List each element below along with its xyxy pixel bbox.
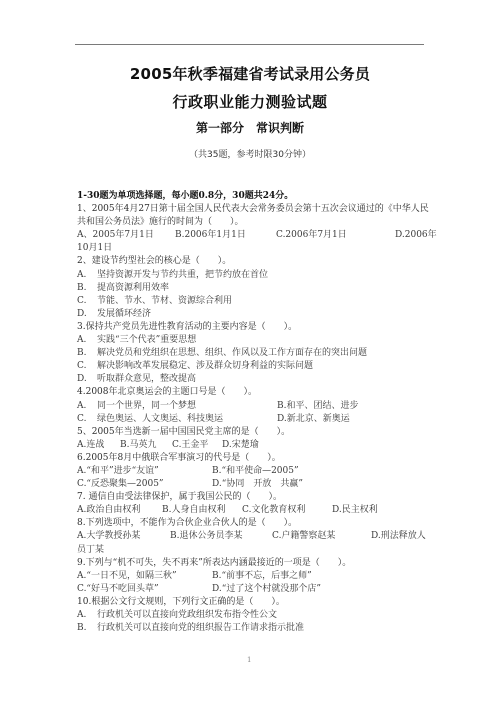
option-c: C.文化教育权利 [242, 504, 305, 517]
question-3-option-a: A.实践“三个代表”重要思想 [77, 334, 427, 347]
option-a: A.连战 [77, 439, 104, 452]
question-3-option-c: C.解决影响改革发展稳定、涉及群众切身利益的实际问题 [77, 360, 427, 373]
option-a: A、2005年7月1日 [77, 229, 154, 242]
document-page: 2005年秋季福建省考试录用公务员 行政职业能力测验试题 第一部分 常识判断 （… [0, 0, 500, 707]
question-6-options-row2: C.“反恐聚集—2005” D.“协同 开放 共赢” [77, 478, 427, 491]
exam-note: （共35题，参考时限30分钟） [0, 147, 500, 160]
question-4-options-row1: A.同一个世界，同一个梦想 B.和平、团结、进步 [77, 400, 427, 413]
question-9-options-row1: A.“一日不见，如隔三秋” B.“前事不忘，后事之师” [77, 570, 427, 583]
option-a: A.政治自由权利 [77, 504, 140, 517]
question-4-options-row2: C.绿色奥运、人文奥运、科技奥运 D.新北京、新奥运 [77, 413, 427, 426]
option-d: D.民主权利 [332, 504, 378, 517]
section-heading: 1-30题为单项选择题，每小题0.8分，30题共24分。 [77, 190, 427, 203]
question-10-option-a: A.行政机关可以直接向党政组织发布指令性公文 [77, 609, 427, 622]
option-c: C.2006年7月1日 [276, 229, 347, 242]
question-9-options-row2: C.“好马不吃回头草” D.“过了这个村就没那个店” [77, 583, 427, 596]
option-c: C.“好马不吃回头草” [77, 583, 159, 596]
question-3-option-d: D.听取群众意见，整改提高 [77, 373, 427, 386]
exam-title-line2: 行政职业能力测验试题 [0, 91, 500, 112]
option-c: C.“反恐聚集—2005” [77, 478, 164, 491]
question-2-option-b: B.提高资源利用效率 [77, 282, 427, 295]
question-2-option-c: C.节能、节水、节材、资源综合利用 [77, 295, 427, 308]
option-c: C.绿色奥运、人文奥运、科技奥运 [77, 413, 223, 426]
question-3-stem: 3.保持共产党员先进性教育活动的主要内容是（ ）。 [77, 321, 427, 334]
question-1-stem-line2: 共和国公务员法》施行的时间为（ ）。 [77, 216, 427, 229]
option-b: B.马英九 [120, 439, 156, 452]
question-2-stem: 2、建设节约型社会的核心是（ ）。 [77, 255, 427, 268]
question-7-stem: 7. 通信自由受法律保护，属于我国公民的（ ）。 [77, 491, 427, 504]
question-8-options: A.大学教授孙某 B.退休公务员李某 C.户籍警察赵某 D.刑法释放人 [77, 530, 427, 543]
option-b: B.“前事不忘，后事之师” [212, 570, 312, 583]
option-b: B.和平、团结、进步 [277, 400, 359, 413]
option-c: C.王金平 [172, 439, 208, 452]
option-b: B.人身自由权利 [162, 504, 225, 517]
header-rule [75, 44, 424, 45]
question-5-options: A.连战 B.马英九 C.王金平 D.宋楚瑜 [77, 439, 427, 452]
question-2-option-d: D.发展循环经济 [77, 308, 427, 321]
option-d: D.刑法释放人 [371, 530, 426, 543]
option-d: D.宋楚瑜 [222, 439, 259, 452]
page-number: 1 [247, 656, 251, 664]
question-5-stem: 5、2005年当选新一届中国国民党主席的是（ ）。 [77, 426, 427, 439]
option-b: B.“和平使命—2005” [212, 465, 299, 478]
question-1-options: A、2005年7月1日 B.2006年1月1日 C.2006年7月1日 D.20… [77, 229, 427, 242]
option-d: D.2006年 [395, 229, 437, 242]
question-8-stem: 8.下列选项中，不能作为合伙企业合伙人的是（ ）。 [77, 517, 427, 530]
question-10-option-b: B.行政机关可以直接向党的组织报告工作请求指示批准 [77, 622, 427, 635]
question-8-option-wrap: 员丁某 [77, 544, 427, 557]
option-b: B.退休公务员李某 [170, 530, 242, 543]
option-a: A.同一个世界，同一个梦想 [77, 400, 196, 413]
question-1-option-wrap: 10月1日 [77, 242, 427, 255]
option-a: A.大学教授孙某 [77, 530, 140, 543]
question-9-stem: 9.下列与“机不可失，失不再来”所表达内涵最接近的一项是（ ）。 [77, 557, 427, 570]
option-d: D.新北京、新奥运 [277, 413, 350, 426]
question-7-options: A.政治自由权利 B.人身自由权利 C.文化教育权利 D.民主权利 [77, 504, 427, 517]
question-body: 1-30题为单项选择题，每小题0.8分，30题共24分。 1、2005年4月27… [77, 190, 427, 635]
question-2-option-a: A.坚持资源开发与节约共重，把节约放在首位 [77, 269, 427, 282]
exam-title-line1: 2005年秋季福建省考试录用公务员 [0, 63, 500, 84]
option-a: A.“一日不见，如隔三秋” [77, 570, 177, 583]
option-d: D.“过了这个村就没那个店” [212, 583, 321, 596]
option-a: A.“和平”进步“友谊” [77, 465, 159, 478]
question-6-stem: 6.2005年8月中俄联合军事演习的代号是（ ）。 [77, 452, 427, 465]
question-6-options-row1: A.“和平”进步“友谊” B.“和平使命—2005” [77, 465, 427, 478]
question-3-option-b: B.解决党员和党组织在思想、组织、作风以及工作方面存在的突出问题 [77, 347, 427, 360]
question-10-stem: 10.根据公文行文规则，下列行文正确的是（ ）。 [77, 596, 427, 609]
option-b: B.2006年1月1日 [175, 229, 246, 242]
option-d: D.“协同 开放 共赢” [212, 478, 303, 491]
question-1-stem-line1: 1、2005年4月27日第十届全国人民代表大会常务委员会第十五次会议通过的《中华… [77, 203, 427, 216]
option-c: C.户籍警察赵某 [272, 530, 335, 543]
question-4-stem: 4.2008年北京奥运会的主题口号是（ ）。 [77, 386, 427, 399]
part-title: 第一部分 常识判断 [0, 119, 500, 136]
